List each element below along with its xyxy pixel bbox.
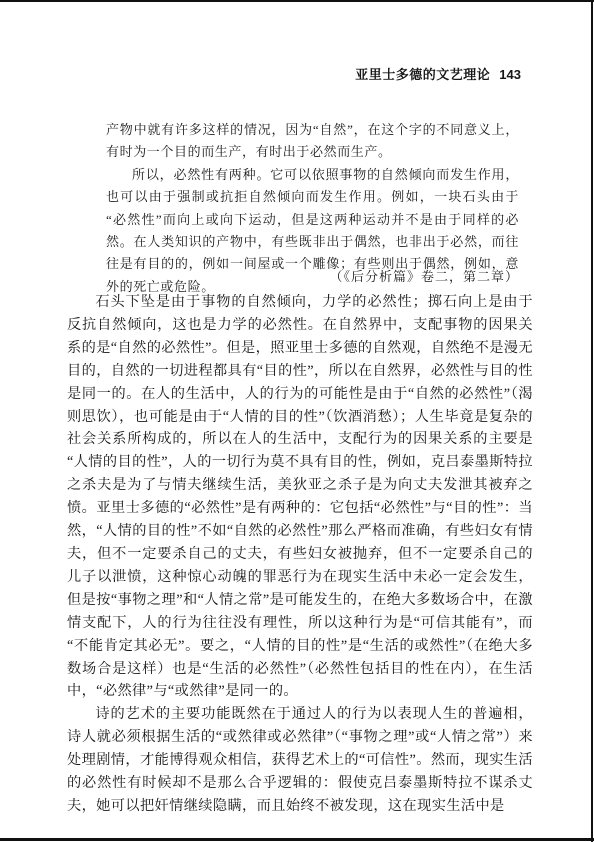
running-header-title: 亚里士多德的文艺理论 (355, 67, 490, 82)
scan-edge-right (591, 0, 593, 842)
page-number: 143 (499, 67, 521, 82)
body-paragraph-1: 石头下坠是由于事物的自然倾向，力学的必然性；掷石向上是由于反抗自然倾向，这也是力… (67, 291, 533, 703)
scan-edge-bottom (0, 838, 594, 841)
scan-edge-top (0, 0, 594, 2)
body-paragraph-2: 诗的艺术的主要功能既然在于通过人的行为以表现人生的普遍相，诗人就必须根据生活的“… (67, 703, 533, 818)
running-header: 亚里士多德的文艺理论143 (0, 64, 521, 83)
scan-artifact (375, 787, 378, 789)
quote-paragraph-1: 产物中就有许多这样的情况，因为“自然”，在这个字的不同意义上，有时为一个目的而生… (106, 119, 519, 164)
book-page: 亚里士多德的文艺理论143 产物中就有许多这样的情况，因为“自然”，在这个字的不… (0, 0, 594, 842)
body-text: 石头下坠是由于事物的自然倾向，力学的必然性；掷石向上是由于反抗自然倾向，这也是力… (67, 291, 533, 818)
quote-attribution: （《后分析篇》卷二，第二章） (106, 266, 519, 285)
